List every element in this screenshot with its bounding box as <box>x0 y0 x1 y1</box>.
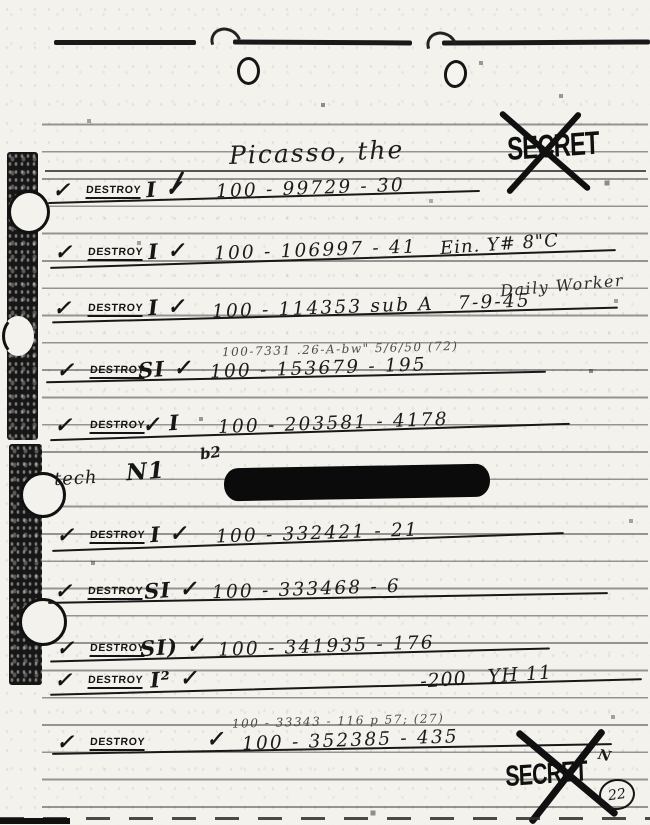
checkmark: ✓ <box>53 579 77 604</box>
classification-mark: I ✓ <box>147 237 186 265</box>
ledger-row: ✓ DESTROY I ✓ 100 - 106997 - 41 Ein. Y# … <box>0 238 650 280</box>
classification-mark: I ✓ <box>149 520 188 548</box>
classification-mark: ✓ <box>205 725 225 751</box>
ledger-row: ✓ DESTROY SI ✓ 100 - 153679 - 195 <box>0 356 650 398</box>
redaction-bar <box>224 464 491 502</box>
classification-mark: ✓ I <box>141 410 180 438</box>
checkmark: ✓ <box>53 413 77 438</box>
punch-hole-icon <box>442 59 469 90</box>
scan-edge-bottom <box>0 817 650 820</box>
ledger-row: ✓ DESTROY I² ✓ -200 YH 11 <box>0 666 650 708</box>
serial-mark: N1 <box>125 457 166 487</box>
ledger-row: ✓ DESTROY SI ✓ 100 - 333468 - 6 <box>0 577 650 619</box>
ledger-row: ✓ DESTROY I ✓ 100 - 114353 sub A 7-9-45 <box>0 294 650 336</box>
checkmark: ✓ <box>55 358 79 383</box>
classification-mark: I ✓ <box>147 293 186 321</box>
destroy-stamp: DESTROY <box>87 674 143 689</box>
page-title: Picasso, the <box>229 135 405 170</box>
ledger-row: ✓ DESTROY ✓ I 100 - 203581 - 4178 <box>0 411 650 453</box>
checkmark: ✓ <box>55 636 79 661</box>
destroy-stamp: DESTROY <box>87 585 143 600</box>
checkmark: ✓ <box>52 296 76 321</box>
annotation: -200 YH 11 <box>419 661 552 692</box>
destroy-stamp: DESTROY <box>89 736 145 751</box>
ledger-row: ✓ DESTROY I ✓ 100 - 99729 - 30 <box>0 176 650 218</box>
foia-exemption-code: b2 <box>199 443 222 464</box>
punch-tab-arc <box>205 22 246 62</box>
checkmark: ✓ <box>53 668 77 693</box>
checkmark: ✓ <box>55 730 79 755</box>
scan-edge-top <box>54 40 196 45</box>
ledger-row: ✓ DESTROY I ✓ 100 - 332421 - 21 <box>0 521 650 563</box>
destroy-stamp: DESTROY <box>87 302 143 317</box>
handwritten-prefix: tech <box>53 467 98 490</box>
scanned-document-page: Picasso, the SECRET ✓ DESTROY I ✓ 100 - … <box>0 0 650 825</box>
destroy-stamp: DESTROY <box>85 184 141 199</box>
classification-mark: I² ✓ <box>149 664 199 692</box>
punch-hole-icon <box>237 57 260 85</box>
checkmark: ✓ <box>53 240 77 265</box>
toner-specks <box>0 0 2 2</box>
page-number: 22 <box>607 785 627 803</box>
title-baseline <box>45 170 646 172</box>
scan-edge-top <box>442 39 650 45</box>
scan-edge-bottom-thick <box>0 818 70 824</box>
destroy-stamp: DESTROY <box>89 529 145 544</box>
destroy-stamp: DESTROY <box>87 246 143 261</box>
scan-edge-top <box>233 40 412 46</box>
destroy-stamp: DESTROY <box>89 419 145 434</box>
checkmark: ✓ <box>51 178 75 203</box>
redacted-row: tech N1 b2 <box>0 456 650 502</box>
checkmark: ✓ <box>55 523 79 548</box>
destroy-stamp: DESTROY <box>89 642 145 657</box>
